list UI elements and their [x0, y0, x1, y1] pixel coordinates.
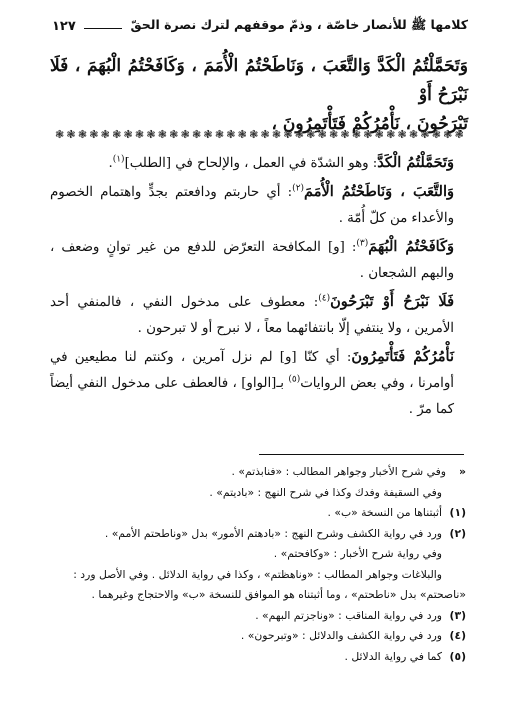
lemma: وَكَافَحْتُمُ الْبُهَمَ — [368, 238, 454, 255]
lemma: وَالتَّعَبَ ، وَنَاطَحْتُمُ الْأُمَمَ — [304, 183, 454, 200]
footnote-text: والبلاغات وجواهر المطالب : «وناهظتم» ، و… — [73, 568, 442, 581]
footnote-ref[interactable]: (٥) — [288, 375, 300, 385]
page-number: ١٢٧ — [52, 19, 76, 34]
footnote-item-continuation: «ناصحتم» بدل «ناطحتم» ، وما أثبتناه هو ا… — [60, 585, 466, 606]
footnote-continued-line: «وفي شرح الأخبار وجواهر المطالب : «فنابذ… — [60, 462, 466, 483]
lemma: فَلَا نَبْرَحُ أَوْ تَبْرَحُونَ — [330, 293, 454, 310]
footnote-separator — [259, 454, 464, 455]
commentary-paragraph: وَالتَّعَبَ ، وَنَاطَحْتُمُ الْأُمَمَ(٢)… — [50, 179, 468, 232]
footnote-ref[interactable]: (١) — [113, 155, 125, 165]
footnote-number: (٣) — [442, 606, 466, 627]
commentary-paragraph: وَكَافَحْتُمُ الْبُهَمَ(٣): [و] المكافحة… — [50, 234, 468, 287]
footnote-text: كما في رواية الدلائل . — [344, 650, 442, 663]
footnote-item: (١)أثبتناها من النسخة «ب» . — [60, 503, 466, 524]
footnote-item-continuation: والبلاغات وجواهر المطالب : «وناهظتم» ، و… — [60, 565, 466, 586]
footnote-ref[interactable]: (٣) — [356, 239, 368, 249]
continuation-marker-icon: « — [446, 462, 466, 483]
footnote-text: ورد في رواية الكشف وشرح النهج : «بادهتم … — [105, 527, 442, 540]
footnote-text: وفي السقيفة وفدك وكذا في شرح النهج : «با… — [209, 486, 442, 499]
chapter-title: كلامها ﷺ للأنصار خاصّة ، وذمّ موقفهم لتر… — [130, 17, 468, 36]
footnote-text: وفي شرح الأخبار وجواهر المطالب : «فنابذت… — [231, 465, 446, 478]
footnote-number: (٢) — [442, 524, 466, 545]
footnote-text: أثبتناها من النسخة «ب» . — [327, 506, 442, 519]
footnote-text: ورد في رواية الكشف والدلائل : «وتبرحون» … — [241, 629, 442, 642]
ornament-divider: ❃❃❃❃❃❃❃❃❃❃❃❃❃❃❃❃❃❃❃❃❃❃❃❃❃❃❃❃❃❃❃❃❃❃❃❃❃❃❃ — [55, 128, 463, 142]
footnote-item: (٤)ورد في رواية الكشف والدلائل : «وتبرحو… — [60, 626, 466, 647]
footnote-text: وفي رواية شرح الأخبار : «وكافحتم» . — [274, 547, 442, 560]
footnote-item: (٣)ورد في رواية المناقب : «وناجزتم البهم… — [60, 606, 466, 627]
book-page: كلامها ﷺ للأنصار خاصّة ، وذمّ موقفهم لتر… — [0, 0, 518, 722]
footnote-ref[interactable]: (٢) — [292, 184, 304, 194]
footnote-item: (٢)ورد في رواية الكشف وشرح النهج : «باده… — [60, 524, 466, 545]
commentary-paragraph: نَأْمُرُكُمْ فَتَأْتَمِرُونَ: أي كنّا [و… — [50, 344, 468, 423]
header-rule — [84, 28, 123, 29]
footnote-continued-line: وفي السقيفة وفدك وكذا في شرح النهج : «با… — [60, 483, 466, 504]
footnote-number: (٥) — [442, 647, 466, 668]
footnote-text: ورد في رواية المناقب : «وناجزتم البهم» . — [255, 609, 442, 622]
running-header: كلامها ﷺ للأنصار خاصّة ، وذمّ موقفهم لتر… — [52, 16, 468, 36]
footnote-number: (١) — [442, 503, 466, 524]
lemma: وَتَحَمَّلْتُمُ الْكَدَّ — [377, 154, 454, 171]
main-text-line-1: وَتَحَمَّلْتُمُ الْكَدَّ وَالتَّعَبَ ، و… — [50, 52, 468, 110]
main-quoted-text: وَتَحَمَّلْتُمُ الْكَدَّ وَالتَّعَبَ ، و… — [50, 52, 468, 139]
commentary-text: : وهو الشدّة في العمل ، والإلحاح في [الط… — [125, 156, 378, 171]
footnotes: «وفي شرح الأخبار وجواهر المطالب : «فنابذ… — [60, 462, 466, 667]
footnote-text: «ناصحتم» بدل «ناطحتم» ، وما أثبتناه هو ا… — [92, 588, 467, 601]
commentary-paragraph: فَلَا نَبْرَحُ أَوْ تَبْرَحُونَ(٤): معطو… — [50, 289, 468, 342]
commentary-paragraph: وَتَحَمَّلْتُمُ الْكَدَّ: وهو الشدّة في … — [50, 150, 468, 177]
footnote-number: (٤) — [442, 626, 466, 647]
lemma: نَأْمُرُكُمْ فَتَأْتَمِرُونَ — [351, 348, 454, 365]
commentary: وَتَحَمَّلْتُمُ الْكَدَّ: وهو الشدّة في … — [50, 150, 468, 425]
footnote-item-continuation: وفي رواية شرح الأخبار : «وكافحتم» . — [60, 544, 466, 565]
footnote-item: (٥)كما في رواية الدلائل . — [60, 647, 466, 668]
footnote-ref[interactable]: (٤) — [318, 294, 330, 304]
